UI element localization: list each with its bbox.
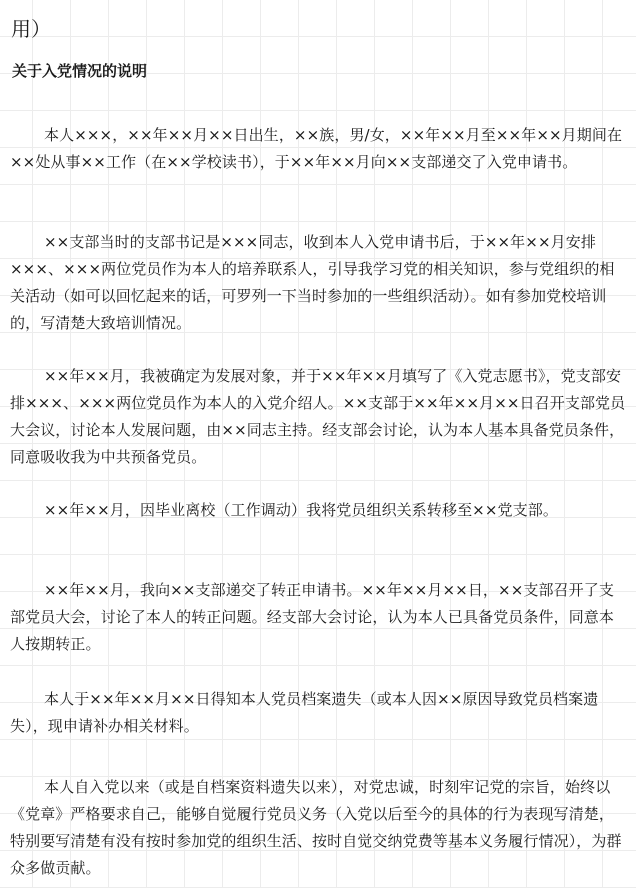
- paragraph-conduct: 本人自入党以来（或是自档案资料遗失以来），对党忠诚，时刻牢记党的宗旨，始终以《党…: [10, 774, 628, 882]
- paragraph-formal-membership: ××年××月，我向××支部递交了转正申请书。××年××月××日，××支部召开了支…: [10, 577, 628, 658]
- paragraph-application: 本人×××，××年××月××日出生，××族，男/女，××年××月至××年××月期…: [10, 122, 628, 176]
- paragraph-cultivation: ××支部当时的支部书记是×××同志，收到本人入党申请书后，于××年××月安排××…: [10, 229, 628, 337]
- paragraph-development: ××年××月，我被确定为发展对象，并于××年××月填写了《入党志愿书》，党支部安…: [10, 363, 628, 471]
- previous-text-fragment: 用）: [11, 14, 51, 44]
- paragraph-transfer: ××年××月，因毕业离校（工作调动）我将党员组织关系转移至××党支部。: [10, 497, 628, 524]
- paragraph-file-loss: 本人于××年××月××日得知本人党员档案遗失（或本人因××原因导致党员档案遗失）…: [10, 686, 628, 740]
- document-title: 关于入党情况的说明: [12, 60, 147, 82]
